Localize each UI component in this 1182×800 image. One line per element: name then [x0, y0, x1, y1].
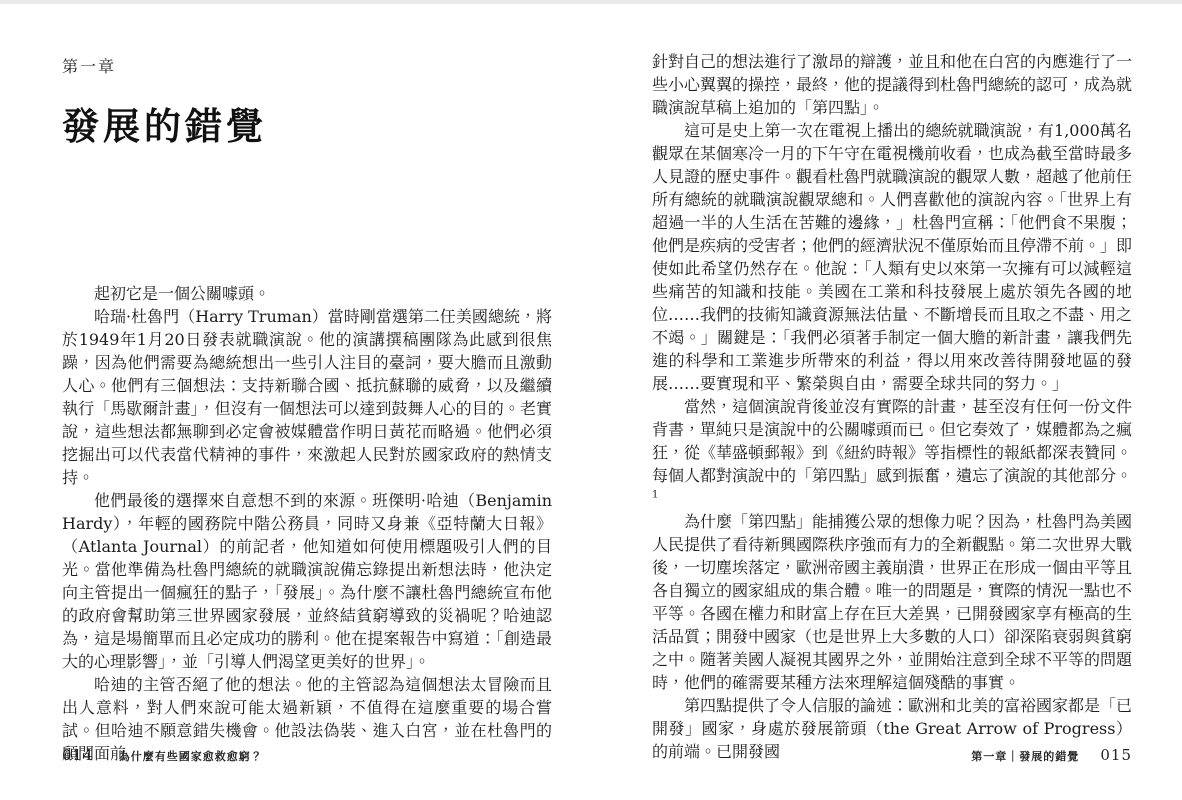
right-page: 針對自己的想法進行了激昂的辯護，並且和他在白宮的內應進行了一些小心翼翼的操控，最… — [652, 4, 1132, 800]
body-paragraph: 當然，這個演說背後並沒有實際的計畫，甚至沒有任何一份文件背書，單純只是演說中的公… — [652, 395, 1132, 510]
body-paragraph: 這可是史上第一次在電視上播出的總統就職演說，有1,000萬名觀眾在某個寒冷一月的… — [652, 119, 1132, 395]
running-title-book: 為什麼有些國家愈救愈窮？ — [119, 750, 263, 763]
page-number: 015 — [1100, 746, 1132, 764]
body-paragraph: 他們最後的選擇來自意想不到的來源。班傑明·哈迪（Benjamin Hardy），… — [62, 489, 552, 673]
chapter-title: 發展的錯覺 — [62, 96, 267, 150]
book-spread: 第一章 發展的錯覺 起初它是一個公關噱頭。 哈瑞·杜魯門（Harry Truma… — [0, 0, 1182, 800]
paragraph-text: 當然，這個演說背後並沒有實際的計畫，甚至沒有任何一份文件背書，單純只是演說中的公… — [652, 397, 1132, 485]
left-page-body: 起初它是一個公關噱頭。 哈瑞·杜魯門（Harry Truman）當時剛當選第二任… — [62, 282, 552, 765]
body-paragraph: 起初它是一個公關噱頭。 — [62, 282, 552, 305]
footnote-marker: 1 — [652, 490, 658, 501]
left-page: 第一章 發展的錯覺 起初它是一個公關噱頭。 哈瑞·杜魯門（Harry Truma… — [62, 4, 552, 800]
running-title-chapter: 第一章｜發展的錯覺 — [971, 750, 1079, 763]
right-page-body: 針對自己的想法進行了激昂的辯護，並且和他在白宮的內應進行了一些小心翼翼的操控，最… — [652, 50, 1132, 763]
right-page-footer: 第一章｜發展的錯覺 015 — [652, 745, 1132, 764]
chapter-label: 第一章 — [62, 54, 116, 77]
left-page-footer: 014 為什麼有些國家愈救愈窮？ — [62, 745, 552, 764]
body-paragraph-continuation: 針對自己的想法進行了激昂的辯護，並且和他在白宮的內應進行了一些小心翼翼的操控，最… — [652, 50, 1132, 119]
body-paragraph: 為什麼「第四點」能捕獲公眾的想像力呢？因為，杜魯門為美國人民提供了看待新興國際秩… — [652, 510, 1132, 694]
body-paragraph: 哈瑞·杜魯門（Harry Truman）當時剛當選第二任美國總統，將於1949年… — [62, 305, 552, 489]
page-number: 014 — [62, 746, 94, 764]
